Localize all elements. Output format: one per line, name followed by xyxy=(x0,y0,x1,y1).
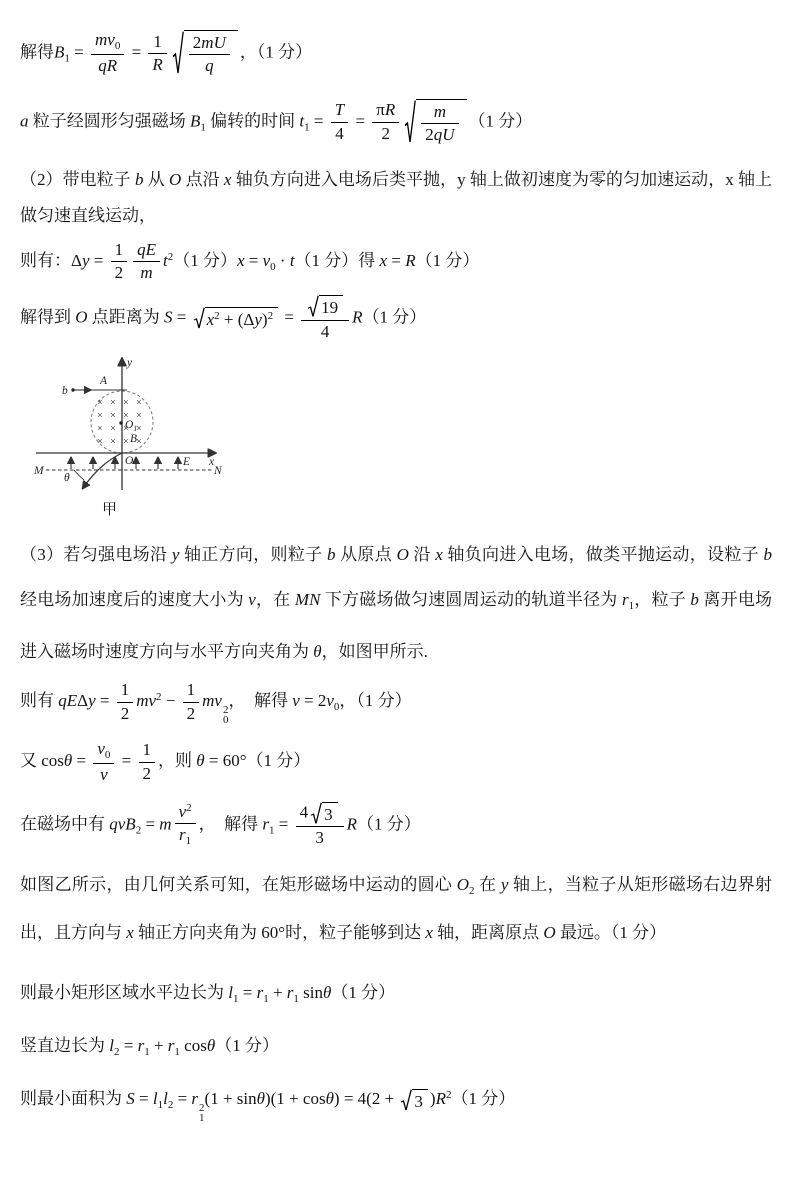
entry-point-label: A xyxy=(99,375,108,387)
svg-text:×: × xyxy=(136,398,142,409)
y-axis-label: y xyxy=(126,357,133,369)
angle-arc xyxy=(74,470,84,480)
svg-text:×: × xyxy=(110,411,116,422)
svg-text:×: × xyxy=(97,424,103,435)
formula-radius: 在磁场中有 qvB2 = mv2r1， 解得 r1 = 433R（1 分） xyxy=(20,802,772,849)
svg-text:×: × xyxy=(110,437,116,448)
svg-text:×: × xyxy=(123,398,129,409)
paragraph-part2: （2）带电粒子 b 从 O 点沿 x 轴负方向进入电场后类平抛，y 轴上做初速度… xyxy=(20,162,772,234)
physics-solution-document: 解得B1 = mv0qR = 1R2mUq，（1 分） a 粒子经圆形匀强磁场 … xyxy=(0,0,800,1163)
n-label: N xyxy=(213,465,223,477)
formula-deflection-time: a 粒子经圆形匀强磁场 B1 偏转的时间 t1 = T4 = πR2m2qU（1… xyxy=(20,99,772,146)
angle-theta-label: θ xyxy=(64,472,70,484)
svg-text:×: × xyxy=(97,398,103,409)
figure-caption: 甲 xyxy=(102,501,117,518)
origin-label: O xyxy=(125,455,134,467)
formula-displacement: 则有：Δy = 12qEmt2（1 分）x = v0 · t（1 分）得 x =… xyxy=(20,240,772,284)
svg-text:×: × xyxy=(110,424,116,435)
svg-text:×: × xyxy=(97,411,103,422)
center-o1-dot xyxy=(119,421,122,424)
b-field-label: B xyxy=(130,433,137,445)
formula-energy: 则有 qEΔy = 12mv2 − 12mv20， 解得 v = 2v0，（1 … xyxy=(20,680,772,725)
e-field-label: E xyxy=(182,456,190,468)
paragraph-part3: （3）若匀强电场沿 y 轴正方向，则粒子 b 从原点 O 沿 x 轴负向进入电场… xyxy=(20,532,772,674)
svg-text:×: × xyxy=(110,398,116,409)
svg-text:×: × xyxy=(97,437,103,448)
formula-vertical-side: 竖直边长为 l2 = r1 + r1 cosθ（1 分） xyxy=(20,1031,772,1058)
svg-text:×: × xyxy=(123,437,129,448)
formula-horizontal-side: 则最小矩形区域水平边长为 l1 = r1 + r1 sinθ（1 分） xyxy=(20,978,772,1005)
paragraph-geometry: 如图乙所示，由几何关系可知，在矩形磁场中运动的圆心 O2 在 y 轴上，当粒子从… xyxy=(20,864,772,954)
formula-distance-from-o: 解得到 O 点距离为 S = x2 + (Δy)2 = 194R（1 分） xyxy=(20,295,772,342)
formula-min-area: 则最小面积为 S = l1l2 = r21(1 + sinθ)(1 + cosθ… xyxy=(20,1084,772,1123)
m-label: M xyxy=(33,465,45,477)
formula-b1: 解得B1 = mv0qR = 1R2mUq，（1 分） xyxy=(20,30,772,77)
svg-text:×: × xyxy=(136,411,142,422)
formula-cos-theta: 又 cosθ = v0v = 12，则 θ = 60°（1 分） xyxy=(20,739,772,786)
field-diagram-svg: ×××××××××××××××× y x O b A O1 B M N xyxy=(28,352,268,520)
particle-b-label: b xyxy=(62,385,68,397)
figure-field-diagram: ×××××××××××××××× y x O b A O1 B M N xyxy=(28,352,772,520)
